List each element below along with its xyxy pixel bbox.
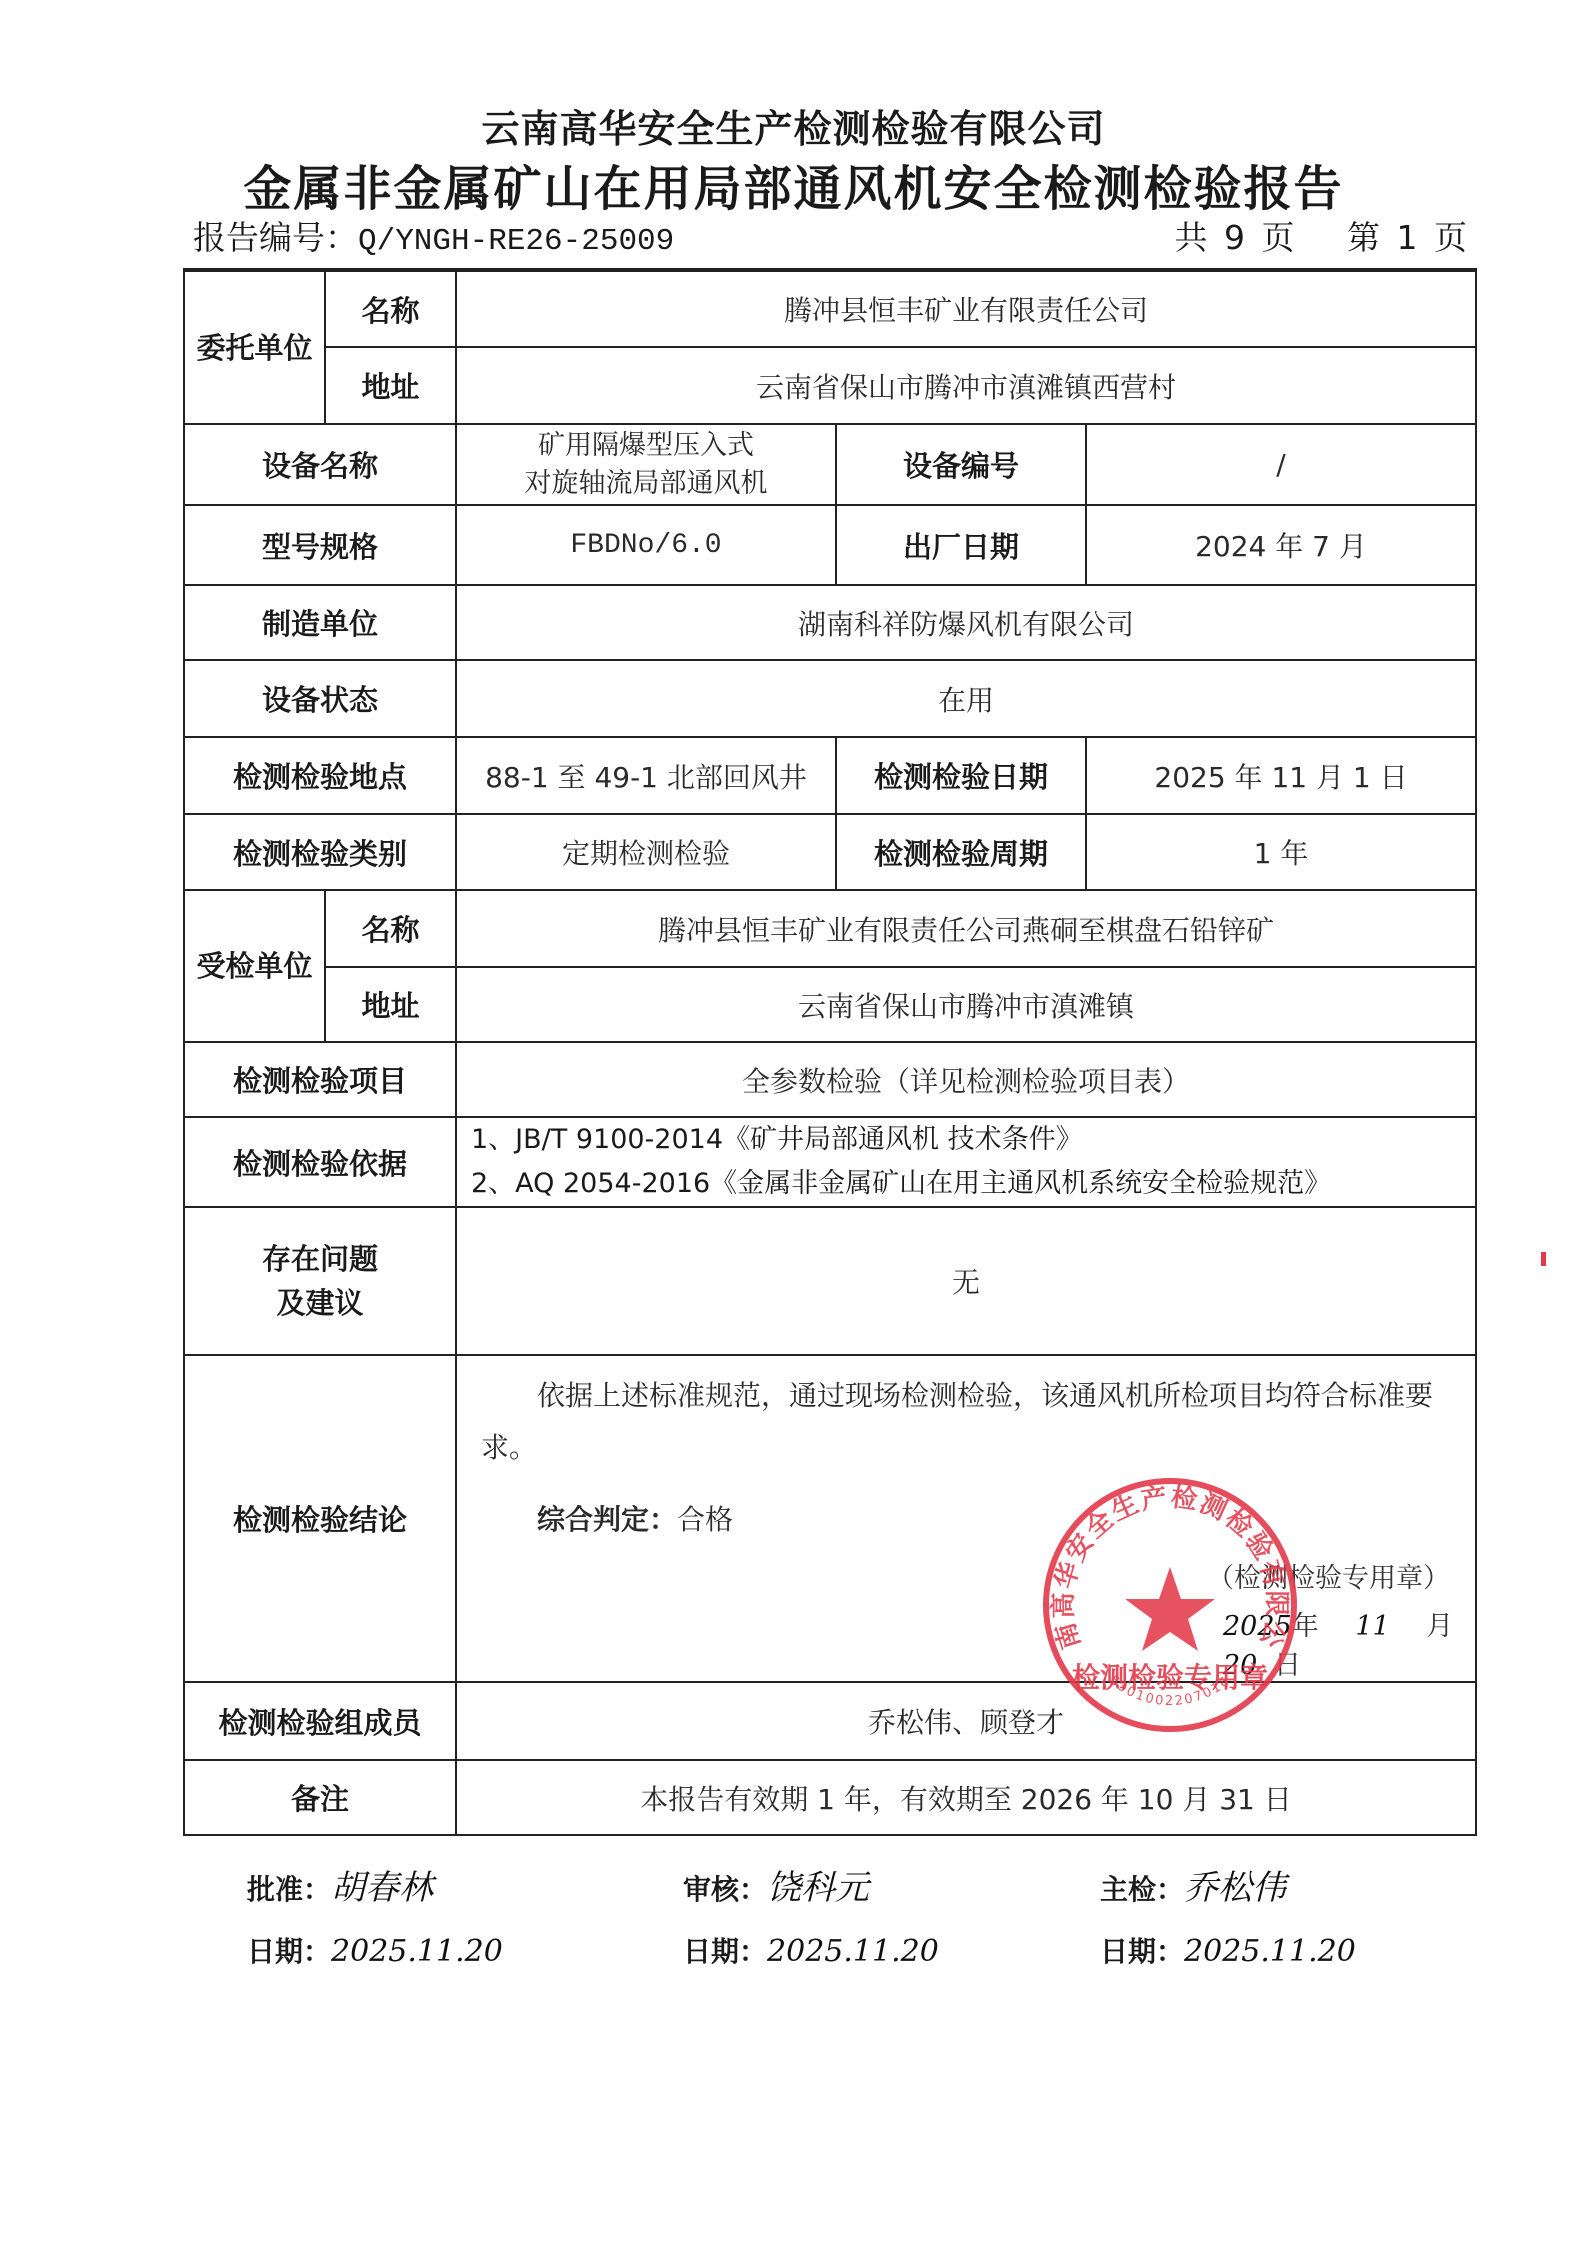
seal-caption: （检测检验专用章）	[1207, 1556, 1450, 1595]
issues-label: 存在问题 及建议	[184, 1207, 456, 1355]
year-unit: 年	[1292, 1611, 1319, 1642]
model-label: 型号规格	[184, 505, 456, 585]
equipment-name-line1: 矿用隔爆型压入式	[457, 427, 835, 465]
inspected-address-label: 地址	[325, 967, 456, 1042]
overall-judgement: 综合判定：合格	[457, 1498, 1475, 1538]
report-number: 报告编号：Q/YNGH-RE26-25009	[193, 212, 674, 259]
conclusion-cell: 依据上述标准规范，通过现场检测检验，该通风机所检项目均符合标准要求。 综合判定：…	[456, 1355, 1476, 1682]
seal-edge-mark	[1541, 1252, 1546, 1266]
inspected-name: 腾冲县恒丰矿业有限责任公司燕硐至棋盘石铅锌矿	[456, 890, 1476, 967]
inspected-address: 云南省保山市腾冲市滇滩镇	[456, 967, 1476, 1042]
inspection-date-label: 检测检验日期	[836, 737, 1086, 814]
report-table: 委托单位 名称 腾冲县恒丰矿业有限责任公司 地址 云南省保山市腾冲市滇滩镇西营村…	[183, 268, 1477, 1836]
report-number-label: 报告编号：	[193, 218, 358, 257]
period-label: 检测检验周期	[836, 814, 1086, 890]
issues-label-line1: 存在问题	[185, 1237, 455, 1281]
client-group-label: 委托单位	[184, 270, 325, 424]
judgement-value: 合格	[677, 1503, 733, 1536]
chief-date-value: 2025.11.20	[1184, 1934, 1356, 1969]
equipment-number-label: 设备编号	[836, 424, 1086, 505]
members-value: 乔松伟、顾登才	[456, 1682, 1476, 1760]
basis-item: 2、AQ 2054-2016《金属非金属矿山在用主通风机系统安全检验规范》	[471, 1162, 1475, 1206]
judgement-label: 综合判定：	[537, 1503, 677, 1536]
report-number-value: Q/YNGH-RE26-25009	[358, 224, 674, 259]
remarks-row: 备注 本报告有效期 1 年，有效期至 2026 年 10 月 31 日	[184, 1760, 1476, 1835]
client-name: 腾冲县恒丰矿业有限责任公司	[456, 270, 1476, 347]
reviewer-date-label: 日期：	[683, 1935, 767, 1968]
location-label: 检测检验地点	[184, 737, 456, 814]
issues-label-line2: 及建议	[185, 1281, 455, 1325]
items-value: 全参数检验（详见检测检验项目表）	[456, 1042, 1476, 1117]
approver-label: 批准：	[247, 1873, 331, 1906]
chief-inspector-signature: 主检：乔松伟	[1100, 1860, 1286, 1909]
basis-list: 1、JB/T 9100-2014《矿井局部通风机 技术条件》 2、AQ 2054…	[456, 1117, 1476, 1207]
chief-date-label: 日期：	[1100, 1935, 1184, 1968]
model-row: 型号规格 FBDNo/6.0 出厂日期 2024 年 7 月	[184, 505, 1476, 585]
reviewer-label: 审核：	[683, 1873, 767, 1906]
report-title: 金属非金属矿山在用局部通风机安全检测检验报告	[0, 150, 1587, 219]
category-label: 检测检验类别	[184, 814, 456, 890]
model-value: FBDNo/6.0	[456, 505, 836, 585]
chief-inspector-date: 日期：2025.11.20	[1100, 1930, 1356, 1970]
items-label: 检测检验项目	[184, 1042, 456, 1117]
conclusion-text: 依据上述标准规范，通过现场检测检验，该通风机所检项目均符合标准要求。	[457, 1356, 1475, 1474]
manufacturer-row: 制造单位 湖南科祥防爆风机有限公司	[184, 585, 1476, 660]
reviewer-date-value: 2025.11.20	[767, 1934, 939, 1969]
reviewer-name: 饶科元	[767, 1868, 869, 1908]
manufacture-date: 2024 年 7 月	[1086, 505, 1476, 585]
issues-value: 无	[456, 1207, 1476, 1355]
status-label: 设备状态	[184, 660, 456, 737]
equipment-name-row: 设备名称 矿用隔爆型压入式 对旋轴流局部通风机 设备编号 /	[184, 424, 1476, 505]
members-label: 检测检验组成员	[184, 1682, 456, 1760]
month-unit: 月	[1426, 1611, 1453, 1642]
chief-label: 主检：	[1100, 1873, 1184, 1906]
approver-date: 日期：2025.11.20	[247, 1930, 503, 1970]
equipment-name-line2: 对旋轴流局部通风机	[457, 465, 835, 503]
inspected-name-row: 受检单位 名称 腾冲县恒丰矿业有限责任公司燕硐至棋盘石铅锌矿	[184, 890, 1476, 967]
location-row: 检测检验地点 88-1 至 49-1 北部回风井 检测检验日期 2025 年 1…	[184, 737, 1476, 814]
reviewer-signature: 审核：饶科元	[683, 1860, 869, 1909]
total-pages: 共 9 页	[1175, 218, 1295, 257]
client-address: 云南省保山市腾冲市滇滩镇西营村	[456, 347, 1476, 424]
equipment-number: /	[1086, 424, 1476, 505]
basis-label: 检测检验依据	[184, 1117, 456, 1207]
conclusion-label: 检测检验结论	[184, 1355, 456, 1682]
chief-name: 乔松伟	[1184, 1868, 1286, 1908]
client-name-label: 名称	[325, 270, 456, 347]
remarks-label: 备注	[184, 1760, 456, 1835]
company-name: 云南高华安全生产检测检验有限公司	[0, 98, 1587, 153]
equipment-name-label: 设备名称	[184, 424, 456, 505]
seal-month: 11	[1355, 1611, 1389, 1642]
client-name-row: 委托单位 名称 腾冲县恒丰矿业有限责任公司	[184, 270, 1476, 347]
seal-day: 20	[1223, 1650, 1257, 1681]
day-unit: 日	[1274, 1650, 1301, 1681]
approver-name: 胡春林	[331, 1868, 433, 1908]
status-row: 设备状态 在用	[184, 660, 1476, 737]
basis-row: 检测检验依据 1、JB/T 9100-2014《矿井局部通风机 技术条件》 2、…	[184, 1117, 1476, 1207]
manufacturer: 湖南科祥防爆风机有限公司	[456, 585, 1476, 660]
client-address-label: 地址	[325, 347, 456, 424]
approver-signature: 批准：胡春林	[247, 1860, 433, 1909]
inspected-address-row: 地址 云南省保山市腾冲市滇滩镇	[184, 967, 1476, 1042]
reviewer-date: 日期：2025.11.20	[683, 1930, 939, 1970]
seal-date: 2025年 11 月 20 日	[1223, 1604, 1475, 1682]
period-value: 1 年	[1086, 814, 1476, 890]
seal-year: 2025	[1223, 1611, 1292, 1642]
manufacture-date-label: 出厂日期	[836, 505, 1086, 585]
issues-row: 存在问题 及建议 无	[184, 1207, 1476, 1355]
conclusion-row: 检测检验结论 依据上述标准规范，通过现场检测检验，该通风机所检项目均符合标准要求…	[184, 1355, 1476, 1682]
approver-date-label: 日期：	[247, 1935, 331, 1968]
status-value: 在用	[456, 660, 1476, 737]
current-page: 第 1 页	[1347, 218, 1467, 257]
equipment-name: 矿用隔爆型压入式 对旋轴流局部通风机	[456, 424, 836, 505]
manufacturer-label: 制造单位	[184, 585, 456, 660]
category-value: 定期检测检验	[456, 814, 836, 890]
members-row: 检测检验组成员 乔松伟、顾登才	[184, 1682, 1476, 1760]
items-row: 检测检验项目 全参数检验（详见检测检验项目表）	[184, 1042, 1476, 1117]
client-address-row: 地址 云南省保山市腾冲市滇滩镇西营村	[184, 347, 1476, 424]
approver-date-value: 2025.11.20	[331, 1934, 503, 1969]
inspected-group-label: 受检单位	[184, 890, 325, 1042]
location-value: 88-1 至 49-1 北部回风井	[456, 737, 836, 814]
inspection-date: 2025 年 11 月 1 日	[1086, 737, 1476, 814]
page-indicator: 共 9 页 第 1 页	[1165, 212, 1467, 259]
remarks-value: 本报告有效期 1 年，有效期至 2026 年 10 月 31 日	[456, 1760, 1476, 1835]
basis-item: 1、JB/T 9100-2014《矿井局部通风机 技术条件》	[471, 1118, 1475, 1162]
category-row: 检测检验类别 定期检测检验 检测检验周期 1 年	[184, 814, 1476, 890]
inspected-name-label: 名称	[325, 890, 456, 967]
